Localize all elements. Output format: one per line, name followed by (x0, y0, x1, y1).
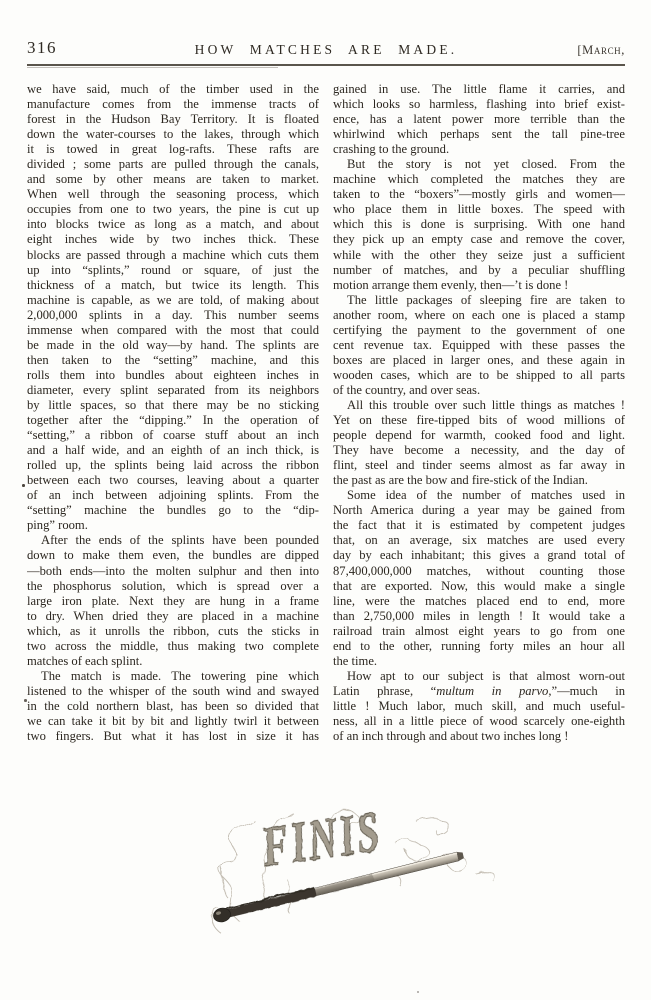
text-line: ence, has a latent power more terrible t… (333, 112, 625, 127)
text-line: “setting,” a ribbon of coarse stuff abou… (27, 428, 319, 443)
text-line: whirlwind which perhaps sent the tall pi… (333, 127, 625, 142)
text-line: machine which completed the matches they… (333, 172, 625, 187)
text-line: rolls them into bundles about eighteen i… (27, 368, 319, 383)
text-line: it is towed in great log-rafts. These ra… (27, 142, 319, 157)
text-line: ping” room. (27, 518, 319, 533)
text-line: How apt to our subject is that almost wo… (333, 669, 625, 684)
text-line: eight inches wide by two inches thick. T… (27, 232, 319, 247)
text-line: that, on an average, six matches are use… (333, 533, 625, 548)
text-line: —both ends—into the molten sulphur and t… (27, 564, 319, 579)
text-line: Yet on these fire-tipped bits of wood mi… (333, 413, 625, 428)
text-line: The little packages of sleeping fire are… (333, 293, 625, 308)
text-line: crashing to the ground. (333, 142, 625, 157)
right-column: gained in use. The little flame it carri… (333, 82, 625, 744)
text-line: of an inch between adjoining splints. Fr… (27, 488, 319, 503)
text-line: and a half wide, and an eighth of an inc… (27, 443, 319, 458)
left-column: we have said, much of the timber used in… (27, 82, 319, 744)
text-line: into blocks twice as long as a match, an… (27, 217, 319, 232)
text-line: occupies from one to two years, the pine… (27, 202, 319, 217)
text-line: boxes are placed in larger ones, and the… (333, 353, 625, 368)
text-line: motion arrange them evenly, then—’t is d… (333, 278, 625, 293)
text-line: two across the middle, thus making two c… (27, 639, 319, 654)
text-line: who place them in little boxes. The spee… (333, 202, 625, 217)
text-line: which, as it unrolls the ribbon, cuts th… (27, 624, 319, 639)
text-line: divided ; some parts are pulled through … (27, 157, 319, 172)
text-line: little ! Much labor, much skill, and muc… (333, 699, 625, 714)
text-line: forest in the Hudson Bay Territory. It i… (27, 112, 319, 127)
page-header: 316 HOW MATCHES ARE MADE. [March, (27, 38, 625, 62)
text-line: together after the “dipping.” In the ope… (27, 413, 319, 428)
text-line: the time. (333, 654, 625, 669)
text-line: than 2,750,000 miles in length ! It woul… (333, 609, 625, 624)
text-line: “setting” machine the bundles go to the … (27, 503, 319, 518)
text-line: 87,400,000,000 matches, without counting… (333, 564, 625, 579)
text-line: by little spaces, so that there may be n… (27, 398, 319, 413)
text-line: They have become a necessity, and the da… (333, 443, 625, 458)
text-line: line, were the matches placed end to end… (333, 594, 625, 609)
text-line: certifying the payment to the government… (333, 323, 625, 338)
text-line: number of matches, and by a peculiar shu… (333, 263, 625, 278)
issue-date: [March, (577, 43, 625, 58)
text-line: diameter, every splint separated from it… (27, 383, 319, 398)
text-line: we have said, much of the timber used in… (27, 82, 319, 97)
text-line: to dry. When dried they are placed in a … (27, 609, 319, 624)
text-line: then taken to the “setting” machine, and… (27, 353, 319, 368)
scan-speck (24, 699, 27, 702)
text-line: while with the other they seize just a s… (333, 248, 625, 263)
scan-speck (417, 991, 419, 993)
text-line: After the ends of the splints have been … (27, 533, 319, 548)
text-line: flint, steel and tinder seems almost as … (333, 458, 625, 473)
text-line: be made in the old way—by hand. The spli… (27, 338, 319, 353)
text-line: manufacture comes from the immense tract… (27, 97, 319, 112)
text-line: in the cold northern blast, has been so … (27, 699, 319, 714)
finis-text-group: FINIS (257, 802, 385, 879)
text-line: the phosphorus solution, which is spread… (27, 579, 319, 594)
text-line: thickness of a match, but twice its leng… (27, 278, 319, 293)
text-line: end to the other, running forty miles an… (333, 639, 625, 654)
finis-illustration: FINIS (168, 802, 520, 970)
text-line: down to make them even, the bundles are … (27, 548, 319, 563)
text-line: immense when compared with the most that… (27, 323, 319, 338)
text-line: railroad train almost eight years to go … (333, 624, 625, 639)
text-line: gained in use. The little flame it carri… (333, 82, 625, 97)
text-line: which looks so harmless, flashing into b… (333, 97, 625, 112)
text-line: they pick up an empty case and remove th… (333, 232, 625, 247)
page-number: 316 (27, 38, 57, 58)
text-line: ness, all in a little piece of wood scar… (333, 714, 625, 729)
text-line: the fact that it is estimated by compete… (333, 518, 625, 533)
finis-text: FINIS (257, 802, 385, 879)
scan-speck (22, 484, 25, 487)
text-line: up into “splints,” round or square, of j… (27, 263, 319, 278)
text-line: Latin phrase, “multum in parvo,”—much in (333, 684, 625, 699)
text-line: down the water-courses to the lakes, thr… (27, 127, 319, 142)
text-line: taken to the “boxers”—mostly girls and w… (333, 187, 625, 202)
text-line: large iron plate. Next they are hung in … (27, 594, 319, 609)
text-line: another room, where on each one is place… (333, 308, 625, 323)
text-line: Some idea of the number of matches used … (333, 488, 625, 503)
text-line: All this trouble over such little things… (333, 398, 625, 413)
text-line: When well through the seasoning process,… (27, 187, 319, 202)
text-line: two fingers. But what it has lost in siz… (27, 729, 319, 744)
text-line: the past as are the bow and fire-stick o… (333, 473, 625, 488)
text-line: listened to the whisper of the south win… (27, 684, 319, 699)
text-line: The match is made. The towering pine whi… (27, 669, 319, 684)
match-shadow (248, 877, 518, 935)
text-line: cent revenue tax. Equipped with these pa… (333, 338, 625, 353)
text-line: and some by other means are taken to mar… (27, 172, 319, 187)
text-line: day by each inhabitant; this gives a gra… (333, 548, 625, 563)
running-title: HOW MATCHES ARE MADE. (67, 42, 585, 58)
text-line: machine is capable, as we are told, of m… (27, 293, 319, 308)
text-line: that are exported. Now, this would make … (333, 579, 625, 594)
text-line: of an inch through and about two inches … (333, 729, 625, 744)
text-line: matches of each splint. (27, 654, 319, 669)
text-line: blocks are passed through a machine whic… (27, 248, 319, 263)
text-line: we can take it bit by bit and lightly tw… (27, 714, 319, 729)
text-line: which this is done is surprising. With o… (333, 217, 625, 232)
text-line: rolled up, the splints being laid across… (27, 458, 319, 473)
text-line: between each two courses, leaving about … (27, 473, 319, 488)
text-columns: we have said, much of the timber used in… (27, 82, 625, 744)
text-line: North America during a year may be gaine… (333, 503, 625, 518)
header-rule (27, 64, 625, 66)
text-line: wooden cases, which are to be shipped to… (333, 368, 625, 383)
text-line: But the story is not yet closed. From th… (333, 157, 625, 172)
text-line: 2,000,000 splints in a day. This number … (27, 308, 319, 323)
text-line: of the country, and over seas. (333, 383, 625, 398)
text-line: people depend for warmth, cooked food an… (333, 428, 625, 443)
magazine-page: 316 HOW MATCHES ARE MADE. [March, we hav… (0, 0, 651, 1000)
